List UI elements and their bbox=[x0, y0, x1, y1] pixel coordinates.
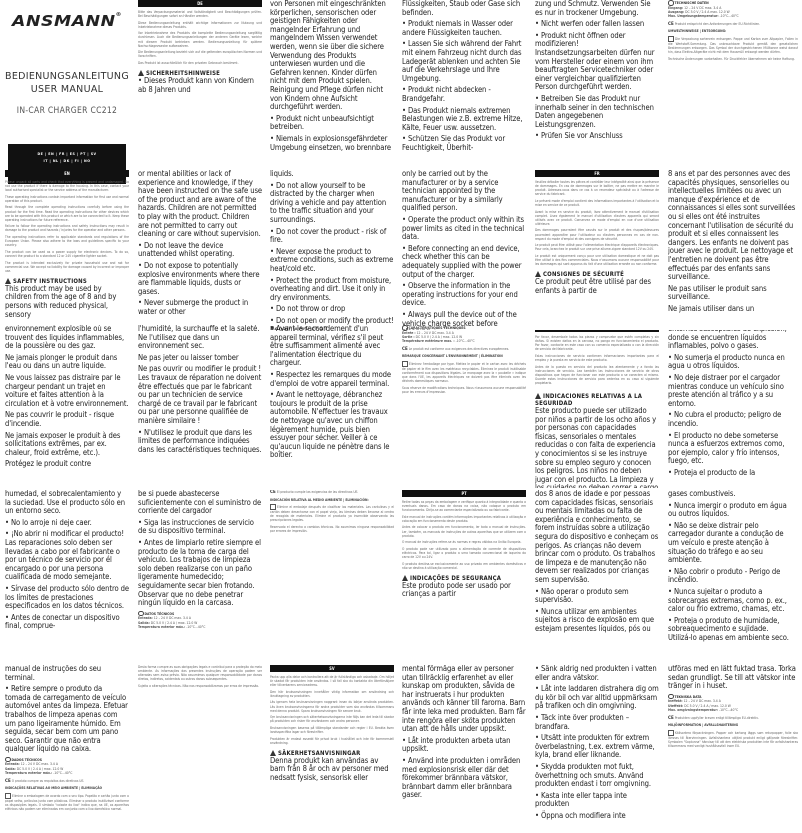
technical-data-es: DATOS TÉCNICOS Entrada: 12 – 24 V DC max… bbox=[138, 611, 262, 630]
temperature-label: Max. Umgebungstemperatur: bbox=[668, 14, 719, 18]
safety-item: • Kasta inte eller tappa inte produkten bbox=[535, 792, 659, 809]
input-value: 12 – 24 V DC max. 3.4 A bbox=[154, 616, 191, 620]
safety-heading-text: INDICACIONES RELATIVAS A LA SEGURIDAD bbox=[535, 393, 642, 407]
safety-item: • Sänk aldrig ned produkten i vatten ell… bbox=[535, 665, 659, 682]
environment-body: Die Verpackung sortenrein entsorgen. Pap… bbox=[668, 37, 798, 54]
paragraph: Läs igenom hela bruksanvisningen noggran… bbox=[270, 700, 394, 712]
environment-heading-text: UMWELTHINWEISE | ENTSORGUNG: bbox=[668, 29, 726, 33]
cover-title-de: BEDIENUNGSANLEITUNG bbox=[5, 70, 129, 83]
paragraph: Failure to follow the operating instruct… bbox=[5, 224, 129, 232]
safety-item: • Do not throw or drop bbox=[270, 305, 394, 314]
disclaimer: Reservado el derecho a cambios técnicos.… bbox=[270, 525, 394, 533]
safety-item: • Prüfen Sie vor Anschluss bbox=[535, 132, 659, 141]
paragraph: Des dommages pourraient être causés sur … bbox=[535, 228, 659, 240]
ce-mark-icon: CE bbox=[5, 779, 11, 784]
safety-item: Ne pas ouvrir ou modifier le produit ! L… bbox=[138, 365, 262, 425]
temperature-value: -10°C...40°C bbox=[720, 14, 739, 18]
language-list-line-2: IT | NL | DK | FI | NO bbox=[8, 158, 126, 165]
paragraph: Le produit peut être utilisé pour l'alim… bbox=[535, 243, 659, 251]
safety-item: Ne vous laissez pas distraire par le cha… bbox=[5, 374, 129, 408]
safety-item: Denna produkt kan användas av barn från … bbox=[270, 757, 394, 783]
pt-safety-panel-2: gases combustíveis. • Nunca imergir o pr… bbox=[668, 490, 792, 650]
es-safety-panel-1: entornos susceptibles de explosión, dond… bbox=[668, 325, 792, 485]
safety-item: • Sírvase del producto sólo dentro de lo… bbox=[5, 585, 129, 611]
environment-heading-text: REMARQUE CONCERNANT L'ENVIRONNEMENT | ÉL… bbox=[402, 354, 503, 358]
safety-item: mental förmåga eller av personer utan ti… bbox=[402, 665, 526, 734]
sv-intro-panel: SV Packa upp alla delar och kontrollera … bbox=[270, 665, 394, 825]
safety-item: • Skydda produkten mot fukt, överhettnin… bbox=[535, 763, 659, 789]
safety-item: Ne pas utiliser le produit sans surveill… bbox=[668, 285, 798, 302]
ce-statement: CE El producto cumple las exigencias de … bbox=[270, 490, 394, 495]
es-safety-panel-3: be si puede abastecerse suficientemente … bbox=[138, 490, 262, 650]
paragraph: Die Bedienungsanleitung bezieht sich auf… bbox=[138, 50, 262, 58]
disclaimer: Sujeito a alterações técnicas. Não nos r… bbox=[138, 684, 262, 688]
en-safety-panel-3: only be carried out by the manufacturer … bbox=[402, 170, 526, 330]
paragraph: Please unpack all parts and check that e… bbox=[5, 180, 129, 192]
safety-item: Flüssigkeiten, Staub oder Gase sich befi… bbox=[402, 0, 526, 17]
temperature-spec: Temperatura exterior máx.: -10°C...40°C bbox=[5, 771, 129, 775]
environment-body: Elimine el embalaje después de clasifica… bbox=[270, 505, 394, 522]
environment-text: Källsortera förpackningen. Papper och ka… bbox=[668, 730, 798, 748]
safety-item: • Nunca utilizar em ambientes sujeitos a… bbox=[535, 608, 659, 634]
paragraph: Por favor, desembale todas las piezas y … bbox=[535, 335, 659, 351]
safety-item: • Do not leave the device unattended whi… bbox=[138, 242, 262, 259]
de-tech-panel: TECHNISCHE DATEN Eingang: 12 – 24 V DC m… bbox=[668, 0, 798, 160]
registered-mark: ® bbox=[116, 12, 122, 18]
disclaimer: Sous réserve de modifications techniques… bbox=[402, 386, 526, 394]
output-value: DC 5.0 V / 2.4 A / max. 12.0 W bbox=[684, 704, 731, 708]
safety-item: • Não operar o produto sem supervisão. bbox=[535, 588, 659, 605]
safety-item: • Produkt niemals in Wasser oder andere … bbox=[402, 20, 526, 37]
safety-item: • Avant le raccordement d'un appareil te… bbox=[270, 325, 394, 368]
safety-item: • Do not allow yourself to be distracted… bbox=[270, 182, 394, 225]
output-value: DC 5.0 V / 2.4 A max. 12.0 W bbox=[685, 10, 730, 14]
ce-text: El producto cumple las exigencias de las… bbox=[277, 490, 359, 494]
cover-title: BEDIENUNGSANLEITUNG USER MANUAL bbox=[5, 70, 129, 96]
temperature-spec: Temperatura exterior máx.: -10°C...40°C bbox=[138, 625, 262, 629]
es-safety-panel-2: humedad, el sobrecalentamiento y la suci… bbox=[5, 490, 129, 650]
safety-item: • Never expose the product to extreme co… bbox=[270, 248, 394, 274]
ce-statement: CE Le produit est conforme aux exigences… bbox=[402, 347, 526, 352]
safety-item: • Never submerge the product in water or… bbox=[138, 299, 262, 316]
technical-data-heading-text: TEKNISKA DATA bbox=[675, 695, 702, 699]
cover-title-en: USER MANUAL bbox=[5, 83, 129, 96]
sv-safety-panel-2: • Sänk aldrig ned produkten i vatten ell… bbox=[535, 665, 659, 825]
paragraph: The product can be used as a power suppl… bbox=[5, 250, 129, 258]
de-safety-panel-3: zung und Schmutz. Verwenden Sie es nur i… bbox=[535, 0, 659, 160]
manual-sheet: ANSMANN® BEDIENUNGSANLEITUNG USER MANUAL… bbox=[0, 0, 802, 833]
paragraph: O produto pode ser utilizado para a alim… bbox=[402, 547, 526, 559]
safety-item: • Não se deixe distrair pelo carregador … bbox=[668, 522, 792, 565]
paragraph: Produkten är endast avsedd för privat br… bbox=[270, 737, 394, 745]
safety-item: This product may be used by children fro… bbox=[5, 285, 129, 319]
safety-item: dos 8 anos de idade e por pessoas com ca… bbox=[535, 490, 659, 585]
fr-intro-panel-b: FR Veuillez déballer toutes les pièces e… bbox=[535, 170, 659, 330]
temperature-label: Temperatura exterior máx.: bbox=[5, 771, 52, 775]
ce-text: Le produit est conforme aux exigences de… bbox=[409, 347, 509, 351]
safety-item: • Nicht werfen oder fallen lassen bbox=[535, 20, 659, 29]
technical-data-heading-text: TECHNISCHE DATEN bbox=[675, 1, 709, 5]
fr-safety-panel-1: environnement explosible où se trouvent … bbox=[5, 325, 129, 485]
temperature-spec: Température extérieure max. : -10°C...40… bbox=[402, 339, 526, 343]
language-header-sv: SV bbox=[270, 665, 394, 672]
de-intro-panel: DE Bitte das Verpackungsmaterial und Vol… bbox=[138, 0, 262, 160]
language-header-en: EN bbox=[5, 170, 129, 177]
safety-item: • Dieses Produkt kann von Kindern ab 8 J… bbox=[138, 77, 262, 94]
paragraph: Den här bruksanvisningen innehåller vikt… bbox=[270, 690, 394, 698]
safety-item: • Låt inte laddaren distrahera dig om du… bbox=[535, 685, 659, 711]
safety-item: Protégez le produit contre bbox=[5, 460, 129, 469]
language-header-fr: FR bbox=[535, 170, 659, 177]
technical-data-sv: TEKNISKA DATA Ineffekt: 12 – 24 V DC max… bbox=[668, 694, 798, 713]
ce-mark-icon: CE bbox=[668, 716, 674, 721]
safety-item: be si puede abastecerse suficientemente … bbox=[138, 490, 262, 516]
input-label: Entrada: bbox=[138, 616, 153, 620]
paragraph: Vor Inbetriebnahme des Produkts die komp… bbox=[138, 31, 262, 47]
sv-safety-panel-1: mental förmåga eller av personer utan ti… bbox=[402, 665, 526, 825]
output-label: Salida: bbox=[138, 621, 150, 625]
paragraph: Este manual de instruções contém informa… bbox=[402, 515, 526, 523]
environment-heading: UMWELTHINWEISE | ENTSORGUNG: bbox=[668, 29, 798, 33]
warning-triangle-icon bbox=[535, 271, 541, 277]
environment-heading: INDICAÇÕES RELATIVAS AO MEIO AMBIENTE | … bbox=[5, 786, 129, 790]
temperature-value: -10°C...40°C bbox=[53, 771, 72, 775]
language-header-pt: PT bbox=[402, 490, 526, 497]
paragraph: Packa upp alla delar och kontrollera att… bbox=[270, 675, 394, 687]
technical-data-heading-text: DADOS TÉCNICOS bbox=[12, 758, 42, 762]
paragraph: Read through the complete operating inst… bbox=[5, 205, 129, 221]
safety-item: • Retire sempre o produto da tomada de c… bbox=[5, 685, 129, 754]
paragraph: The product is intended exclusively for … bbox=[5, 261, 129, 273]
temperature-spec: Max. Umgebungstemperatur: -10°C...40°C bbox=[668, 14, 798, 18]
safety-item: von Personen mit eingeschränkten körperl… bbox=[270, 0, 394, 112]
output-value: DC 5.0 V / 2.4 A / max. 12.0 W bbox=[416, 335, 463, 339]
row-3: environnement explosible où se trouvent … bbox=[0, 325, 802, 491]
environment-body: Elimine a embalagem de acordo com o seu … bbox=[5, 794, 129, 811]
input-value: 12 – 24 V DC max. 3.4 A bbox=[417, 331, 454, 335]
safety-item: Ne jamais exposer le produit à des solli… bbox=[5, 432, 129, 458]
language-header-de: DE bbox=[138, 0, 262, 7]
paragraph: Diese Bedienungsanleitung enthält wichti… bbox=[138, 21, 262, 29]
safety-item: • Niemals in explosionsgefährdeter Umgeb… bbox=[270, 135, 394, 152]
disclaimer: Technische Änderungen vorbehalten. Für D… bbox=[668, 57, 798, 61]
ce-text: Produkt entspricht den Anforderungen der… bbox=[675, 22, 760, 26]
paragraph: These operating instructions contain imp… bbox=[5, 195, 129, 203]
safety-item: • ¡No abrir ni modificar el producto! La… bbox=[5, 530, 129, 582]
paragraph: Le produit est uniquement conçu pour une… bbox=[535, 254, 659, 266]
safety-item: • Proteja el producto de la bbox=[668, 469, 792, 478]
safety-item: Ne jamais plonger le produit dans l'eau … bbox=[5, 354, 129, 371]
technical-data-de: TECHNISCHE DATEN Eingang: 12 – 24 V DC m… bbox=[668, 0, 798, 19]
technical-data-fr: CARACTÉRISTIQUES TECHNIQUES Entrée : 12 … bbox=[402, 325, 526, 344]
input-value: 12 – 24 V DC max. 3.4 A bbox=[21, 762, 58, 766]
safety-item: • Antes de conectar un dispositivo final… bbox=[5, 614, 129, 631]
ce-mark-icon: CE bbox=[402, 347, 408, 352]
safety-item: • N'utilisez le produit que dans les lim… bbox=[138, 429, 262, 455]
temperature-label: Temperatura exterior máx.: bbox=[138, 625, 185, 629]
environment-text: Éliminez l'emballage par type. Mettez le… bbox=[402, 361, 526, 383]
environment-text: Die Verpackung sortenrein entsorgen. Pap… bbox=[668, 36, 798, 54]
paragraph: Bitte das Verpackungsmaterial und Vollst… bbox=[138, 10, 262, 18]
environment-text: Elimine a embalagem de acordo com o seu … bbox=[5, 793, 129, 811]
de-safety-panel-1: von Personen mit eingeschränkten körperl… bbox=[270, 0, 394, 160]
safety-item: utföras med en lätt fuktad trasa. Torka … bbox=[668, 665, 798, 691]
safety-item: liquids. bbox=[270, 170, 394, 179]
safety-item: • Betreiben Sie das Produkt nur innerhal… bbox=[535, 95, 659, 129]
pt-safety-panel-3: manual de instruções do seu terminal. • … bbox=[5, 665, 129, 825]
temperature-label: Température extérieure max. : bbox=[402, 339, 455, 343]
pt-safety-panel-1: dos 8 anos de idade e por pessoas com ca… bbox=[535, 490, 659, 650]
paragraph: Antes de la puesta en servicio del produ… bbox=[535, 365, 659, 385]
environment-extra: Desta forma cumpre as suas obrigações le… bbox=[138, 665, 262, 681]
safety-item: • Lassen Sie sich während der Fahrt mit … bbox=[402, 40, 526, 83]
input-value: 12 – 24 V DC max. 3.4 A bbox=[684, 699, 721, 703]
safety-item: Ce produit peut être utilisé par des enf… bbox=[535, 278, 659, 295]
output-label: Saída: bbox=[5, 767, 16, 771]
product-name: IN-CAR CHARGER CC212 bbox=[5, 106, 129, 116]
warning-triangle-icon bbox=[5, 278, 11, 284]
safety-item: only be carried out by the manufacturer … bbox=[402, 170, 526, 213]
sv-tech-panel: utföras med en lätt fuktad trasa. Torka … bbox=[668, 665, 798, 833]
technical-data-heading-text: CARACTÉRISTIQUES TECHNIQUES bbox=[409, 326, 466, 330]
ce-mark-icon: CE bbox=[270, 490, 276, 495]
safety-item: or mental abilities or lack of experienc… bbox=[138, 170, 262, 239]
fr-tech-panel: CARACTÉRISTIQUES TECHNIQUES Entrée : 12 … bbox=[402, 325, 526, 485]
brand-logo-text: ANSMANN bbox=[12, 12, 116, 30]
input-label: Eingang: bbox=[668, 6, 683, 10]
es-env-panel: CE El producto cumple las exigencias de … bbox=[270, 490, 394, 650]
safety-item: • Låt inte produkten arbeta utan uppsikt… bbox=[402, 737, 526, 754]
safety-item: l'humidité, la surchauffe et la saleté. … bbox=[138, 325, 262, 351]
ce-statement: CE Produkt entspricht den Anforderungen … bbox=[668, 22, 798, 27]
safety-item: • Protect the product from moisture, ove… bbox=[270, 277, 394, 303]
safety-item: Ne jamais utiliser dans un bbox=[668, 305, 798, 314]
fr-safety-panel-3: • Avant le raccordement d'un appareil te… bbox=[270, 325, 394, 485]
safety-item: • Das Produkt niemals extremen Belastung… bbox=[402, 107, 526, 133]
output-value: DC 5.0 V / 2.4 A / max. 12.0 W bbox=[151, 621, 198, 625]
safety-item: • Nunca imergir o produto em água ou out… bbox=[668, 502, 792, 519]
input-label: Ineffekt: bbox=[668, 699, 683, 703]
temperature-value: -10°C...40°C bbox=[719, 708, 738, 712]
warning-triangle-icon bbox=[138, 70, 144, 76]
paragraph: Le présent mode d'emploi contient des in… bbox=[535, 199, 659, 207]
safety-item: Este produto pode ser usado por crianças… bbox=[402, 582, 526, 599]
pt-env-panel: Desta forma cumpre as suas obrigações le… bbox=[138, 665, 262, 825]
warning-triangle-icon bbox=[270, 750, 276, 756]
safety-item: Este producto puede ser utilizado por ni… bbox=[535, 407, 659, 488]
fr-safety-panel-top: 8 ans et par des personnes avec des capa… bbox=[668, 170, 798, 330]
temperature-value: -10°C...40°C bbox=[456, 339, 475, 343]
warning-triangle-icon bbox=[535, 393, 541, 399]
temperature-spec: Max. omgivningstemperatur: -10°C...40°C bbox=[668, 708, 798, 712]
safety-item: • Öppna och modifiera inte bbox=[535, 812, 659, 821]
technical-data-pt: DADOS TÉCNICOS Entrada: 12 – 24 V DC max… bbox=[5, 757, 129, 776]
safety-item: manual de instruções do seu terminal. bbox=[5, 665, 129, 682]
output-label: Sortie : bbox=[402, 335, 415, 339]
output-value: DC 5.0 V / 2.4 A / max. 12.0 W bbox=[17, 767, 64, 771]
environment-heading: REMARQUE CONCERNANT L'ENVIRONNEMENT | ÉL… bbox=[402, 354, 526, 358]
cover-panel: ANSMANN® BEDIENUNGSANLEITUNG USER MANUAL… bbox=[5, 0, 129, 190]
en-safety-panel-1: or mental abilities or lack of experienc… bbox=[138, 170, 262, 330]
ce-text: O produto cumpre os requisitos das diret… bbox=[12, 779, 85, 783]
input-value: 12 – 24 V DC max. 3.4 A bbox=[684, 6, 721, 10]
safety-item: • Observe the information in the operati… bbox=[402, 282, 526, 308]
safety-item: • El producto no debe someterse nunca a … bbox=[668, 432, 792, 466]
paragraph: Veuillez déballer toutes les pièces et c… bbox=[535, 180, 659, 196]
fr-safety-panel-2: l'humidité, la surchauffe et la saleté. … bbox=[138, 325, 262, 485]
environment-text: Elimine el embalaje después de clasifica… bbox=[270, 504, 394, 522]
safety-item: • Do not cover the product - risk of fir… bbox=[270, 228, 394, 245]
paragraph: Avant la mise en service du produit, lis… bbox=[535, 210, 659, 226]
paragraph: Estas instrucciones de servicio contiene… bbox=[535, 354, 659, 362]
safety-item: • Produkt nicht abdecken - Brandgefahr. bbox=[402, 86, 526, 103]
safety-item: Ne pas couvrir le produit - risque d'inc… bbox=[5, 411, 129, 428]
de-safety-panel-2: Flüssigkeiten, Staub oder Gase sich befi… bbox=[402, 0, 526, 160]
paragraph: Retire todas as peças da embalagem e ver… bbox=[402, 500, 526, 512]
ce-text: Produkten uppfyller kraven enligt tilläm… bbox=[675, 716, 759, 720]
brand-logo: ANSMANN® bbox=[5, 12, 129, 30]
input-label: Entrada: bbox=[5, 762, 20, 766]
environment-heading: INDICACIÓN RELATIVA AL MEDIO AMBIENTE | … bbox=[270, 498, 394, 502]
temperature-label: Max. omgivningstemperatur: bbox=[668, 708, 718, 712]
environment-heading-text: INDICAÇÕES RELATIVAS AO MEIO AMBIENTE | … bbox=[5, 786, 102, 790]
environment-heading: MILJÖINFORMATION | AVFALLSHANTERING bbox=[668, 723, 798, 727]
paragraph: O manual de instruções refere-se às norm… bbox=[402, 540, 526, 544]
safety-item: • Do not expose to potentially explosive… bbox=[138, 262, 262, 296]
paragraph: The operating instructions refer to appl… bbox=[5, 235, 129, 247]
environment-heading-text: INDICACIÓN RELATIVA AL MEDIO AMBIENTE | … bbox=[270, 498, 369, 502]
environment-body: Éliminez l'emballage par type. Mettez le… bbox=[402, 362, 526, 383]
safety-item: • No lo arroje ni deje caer. bbox=[5, 519, 129, 528]
paragraph: Antes de colocar o produto em funcioname… bbox=[402, 525, 526, 537]
safety-item: • Täck inte över produkten – brandfara. bbox=[535, 714, 659, 731]
output-label: Uteffekt: bbox=[668, 704, 683, 708]
safety-item: • Använd inte produkten i områden med ex… bbox=[402, 757, 526, 800]
safety-item: • Operate the product only within its po… bbox=[402, 216, 526, 242]
safety-item: gases combustíveis. bbox=[668, 490, 792, 499]
safety-item: • Produkt nicht öffnen oder modifizieren… bbox=[535, 32, 659, 92]
paragraph: Bruksanvisningen baseras på tillämpliga … bbox=[270, 726, 394, 734]
safety-item: humedad, el sobrecalentamiento y la suci… bbox=[5, 490, 129, 516]
ce-statement: CE Produkten uppfyller kraven enligt til… bbox=[668, 716, 798, 721]
safety-item: • Siga las instrucciones de servicio de … bbox=[138, 519, 262, 536]
output-label: Ausgang: bbox=[668, 10, 684, 14]
safety-item: • Avant le nettoyage, débranchez toujour… bbox=[270, 391, 394, 460]
safety-item: • Produkt nicht unbeaufsichtigt betreibe… bbox=[270, 115, 394, 132]
safety-heading-es: INDICACIONES RELATIVAS A LA SEGURIDAD bbox=[535, 393, 659, 407]
temperature-value: -10°C...40°C bbox=[186, 625, 205, 629]
safety-item: • Before connecting an end device, check… bbox=[402, 245, 526, 279]
safety-item: environnement explosible où se trouvent … bbox=[5, 325, 129, 351]
pt-intro-panel: PT Retire todas as peças da embalagem e … bbox=[402, 490, 526, 650]
safety-item: Ne pas jeter ou laisser tomber bbox=[138, 354, 262, 363]
safety-item: • Proteja o produto de humidade, sobreaq… bbox=[668, 617, 792, 643]
ce-statement: CE O produto cumpre os requisitos das di… bbox=[5, 779, 129, 784]
paragraph: O produto destina-se exclusivamente ao u… bbox=[402, 562, 526, 570]
environment-body: Källsortera förpackningen. Papper och ka… bbox=[668, 731, 798, 748]
safety-item: zung und Schmutz. Verwenden Sie es nur i… bbox=[535, 0, 659, 17]
en-safety-panel-2: liquids. • Do not allow yourself to be d… bbox=[270, 170, 394, 330]
safety-item: • Utsätt inte produkten för extrem överb… bbox=[535, 734, 659, 760]
safety-item: 8 ans et par des personnes avec des capa… bbox=[668, 170, 798, 282]
safety-item: • No cubra el producto; peligro de incen… bbox=[668, 411, 792, 428]
warning-triangle-icon bbox=[402, 575, 408, 581]
ce-mark-icon: CE bbox=[668, 22, 674, 27]
safety-item: • No sumerja el producto nunca en agua u… bbox=[668, 354, 792, 371]
technical-data-heading-text: DATOS TÉCNICOS bbox=[145, 611, 175, 615]
safety-item: • Respectez les remarques du mode d'empl… bbox=[270, 371, 394, 388]
safety-item: • Antes de limpiarlo retire siempre el p… bbox=[138, 539, 262, 608]
paragraph: Das Produkt ist ausschließlich für den p… bbox=[138, 61, 262, 65]
safety-item: • Não cobrir o produto - Perigo de incên… bbox=[668, 568, 792, 585]
language-list-line-1: DE | EN | FR | ES | PT | SV bbox=[8, 151, 126, 158]
input-label: Entrée : bbox=[402, 331, 416, 335]
row-4: humedad, el sobrecalentamiento y la suci… bbox=[0, 490, 802, 656]
safety-item: • Nunca sujeitar o produto a sobrecargas… bbox=[668, 588, 792, 614]
en-intro-panel: EN Please unpack all parts and check tha… bbox=[5, 170, 129, 330]
safety-item: • No deje distraer por el cargador mient… bbox=[668, 374, 792, 408]
environment-heading-text: MILJÖINFORMATION | AVFALLSHANTERING bbox=[668, 723, 738, 727]
paragraph: Om bruksanvisningen och säkerhetsanvisni… bbox=[270, 715, 394, 723]
es-safety-intro: INDICACIONES RELATIVAS A LA SEGURIDAD Es… bbox=[535, 388, 659, 488]
safety-item: • Schützen Sie das Produkt vor Feuchtigk… bbox=[402, 135, 526, 152]
